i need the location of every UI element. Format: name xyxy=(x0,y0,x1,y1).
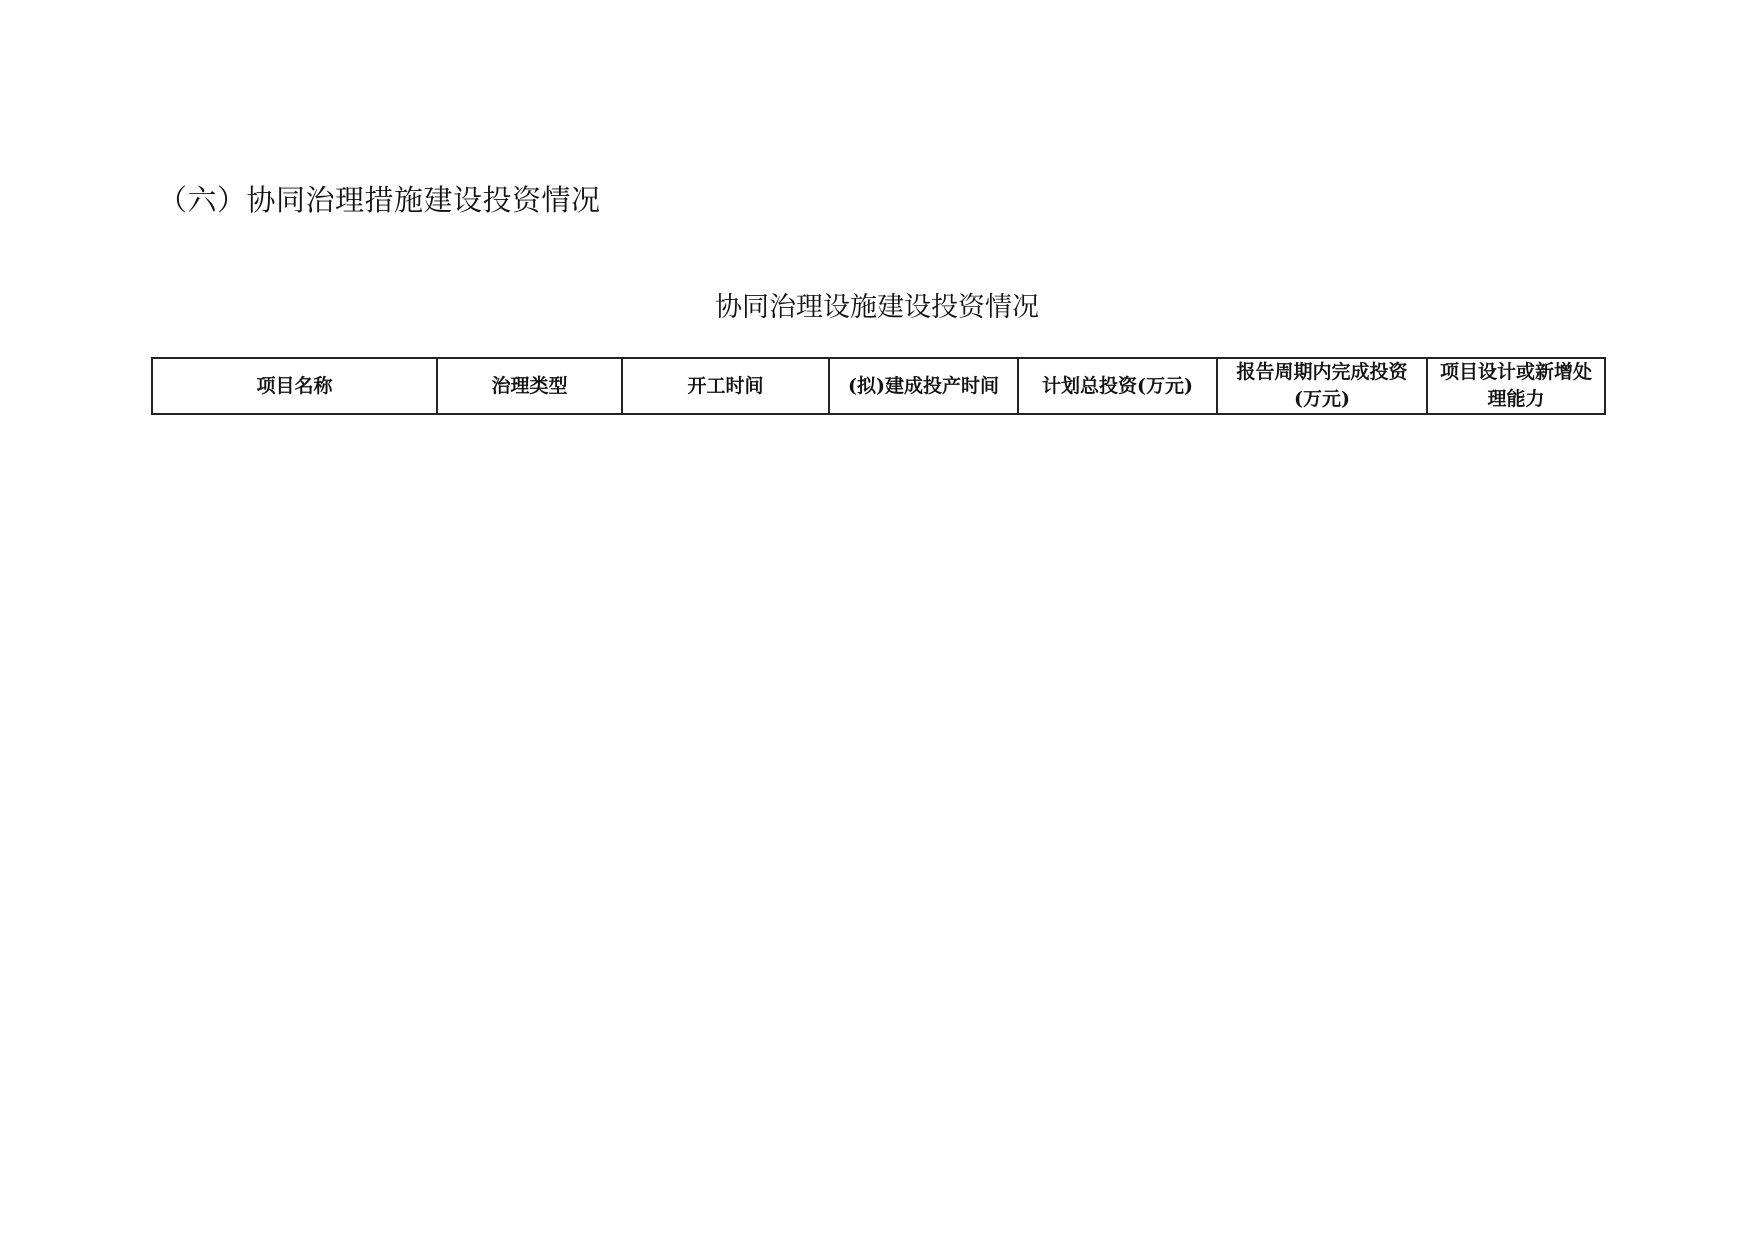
header-planned-investment: 计划总投资(万元) xyxy=(1018,358,1217,414)
table-caption: 协同治理设施建设投资情况 xyxy=(0,288,1754,328)
table-header-row: 项目名称 治理类型 开工时间 (拟)建成投产时间 计划总投资(万元) 报告周期内… xyxy=(152,358,1605,414)
section-heading: （六）协同治理措施建设投资情况 xyxy=(158,180,601,220)
header-project-name: 项目名称 xyxy=(152,358,437,414)
header-period-investment: 报告周期内完成投资(万元) xyxy=(1217,358,1427,414)
investment-table: 项目名称 治理类型 开工时间 (拟)建成投产时间 计划总投资(万元) 报告周期内… xyxy=(151,357,1606,431)
table-body xyxy=(152,414,1605,430)
header-start-time: 开工时间 xyxy=(622,358,829,414)
header-completion-time: (拟)建成投产时间 xyxy=(829,358,1018,414)
header-capacity: 项目设计或新增处理能力 xyxy=(1427,358,1605,414)
header-treatment-type: 治理类型 xyxy=(437,358,622,414)
